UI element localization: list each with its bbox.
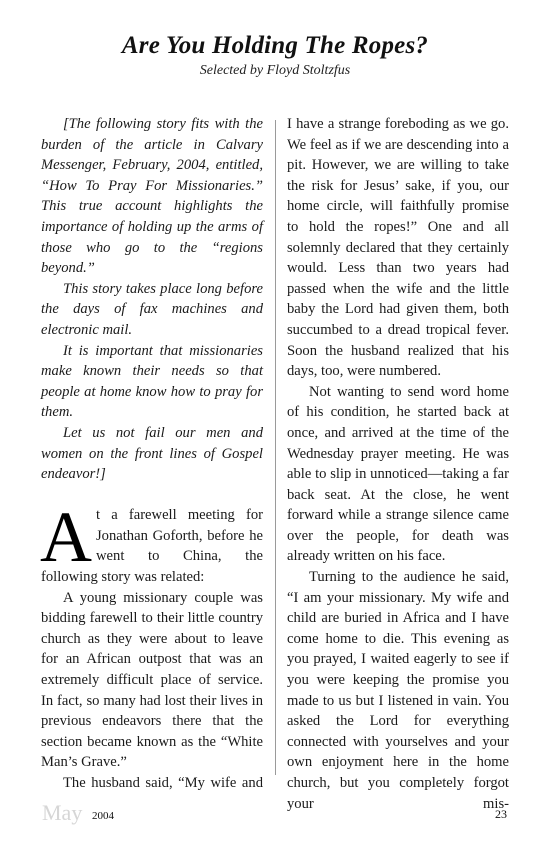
intro-paragraph: [The following story fits with the burde…: [41, 114, 263, 279]
story-paragraph: A young missionary couple was bidding fa…: [41, 588, 263, 773]
editor-note: [The following story fits with the burde…: [41, 114, 263, 485]
story-paragraph: Not wanting to send word home of his con…: [287, 382, 509, 567]
story-paragraph: The husband said, “My wife and: [41, 773, 263, 794]
footer-year: 2004: [92, 810, 114, 822]
column-divider: [275, 120, 276, 775]
article-title: Are You Holding The Ropes?: [0, 32, 550, 60]
page-number: 23: [495, 807, 507, 822]
story-opening-paragraph: At a farewell meeting for Jonathan Gofor…: [41, 505, 263, 587]
right-column: I have a strange foreboding as we go. We…: [287, 114, 509, 814]
intro-paragraph: Let us not fail our men and women on the…: [41, 423, 263, 485]
left-column: [The following story fits with the burde…: [41, 114, 263, 794]
intro-paragraph: It is important that missionaries make k…: [41, 341, 263, 423]
drop-cap: A: [40, 509, 92, 565]
footer-month: May: [42, 800, 82, 826]
story-paragraph-continued: I have a strange foreboding as we go. We…: [287, 114, 509, 382]
article-byline: Selected by Floyd Stoltzfus: [0, 63, 550, 79]
intro-paragraph: This story takes place long before the d…: [41, 279, 263, 341]
story-paragraph: Turning to the audience he said, “I am y…: [287, 567, 509, 814]
